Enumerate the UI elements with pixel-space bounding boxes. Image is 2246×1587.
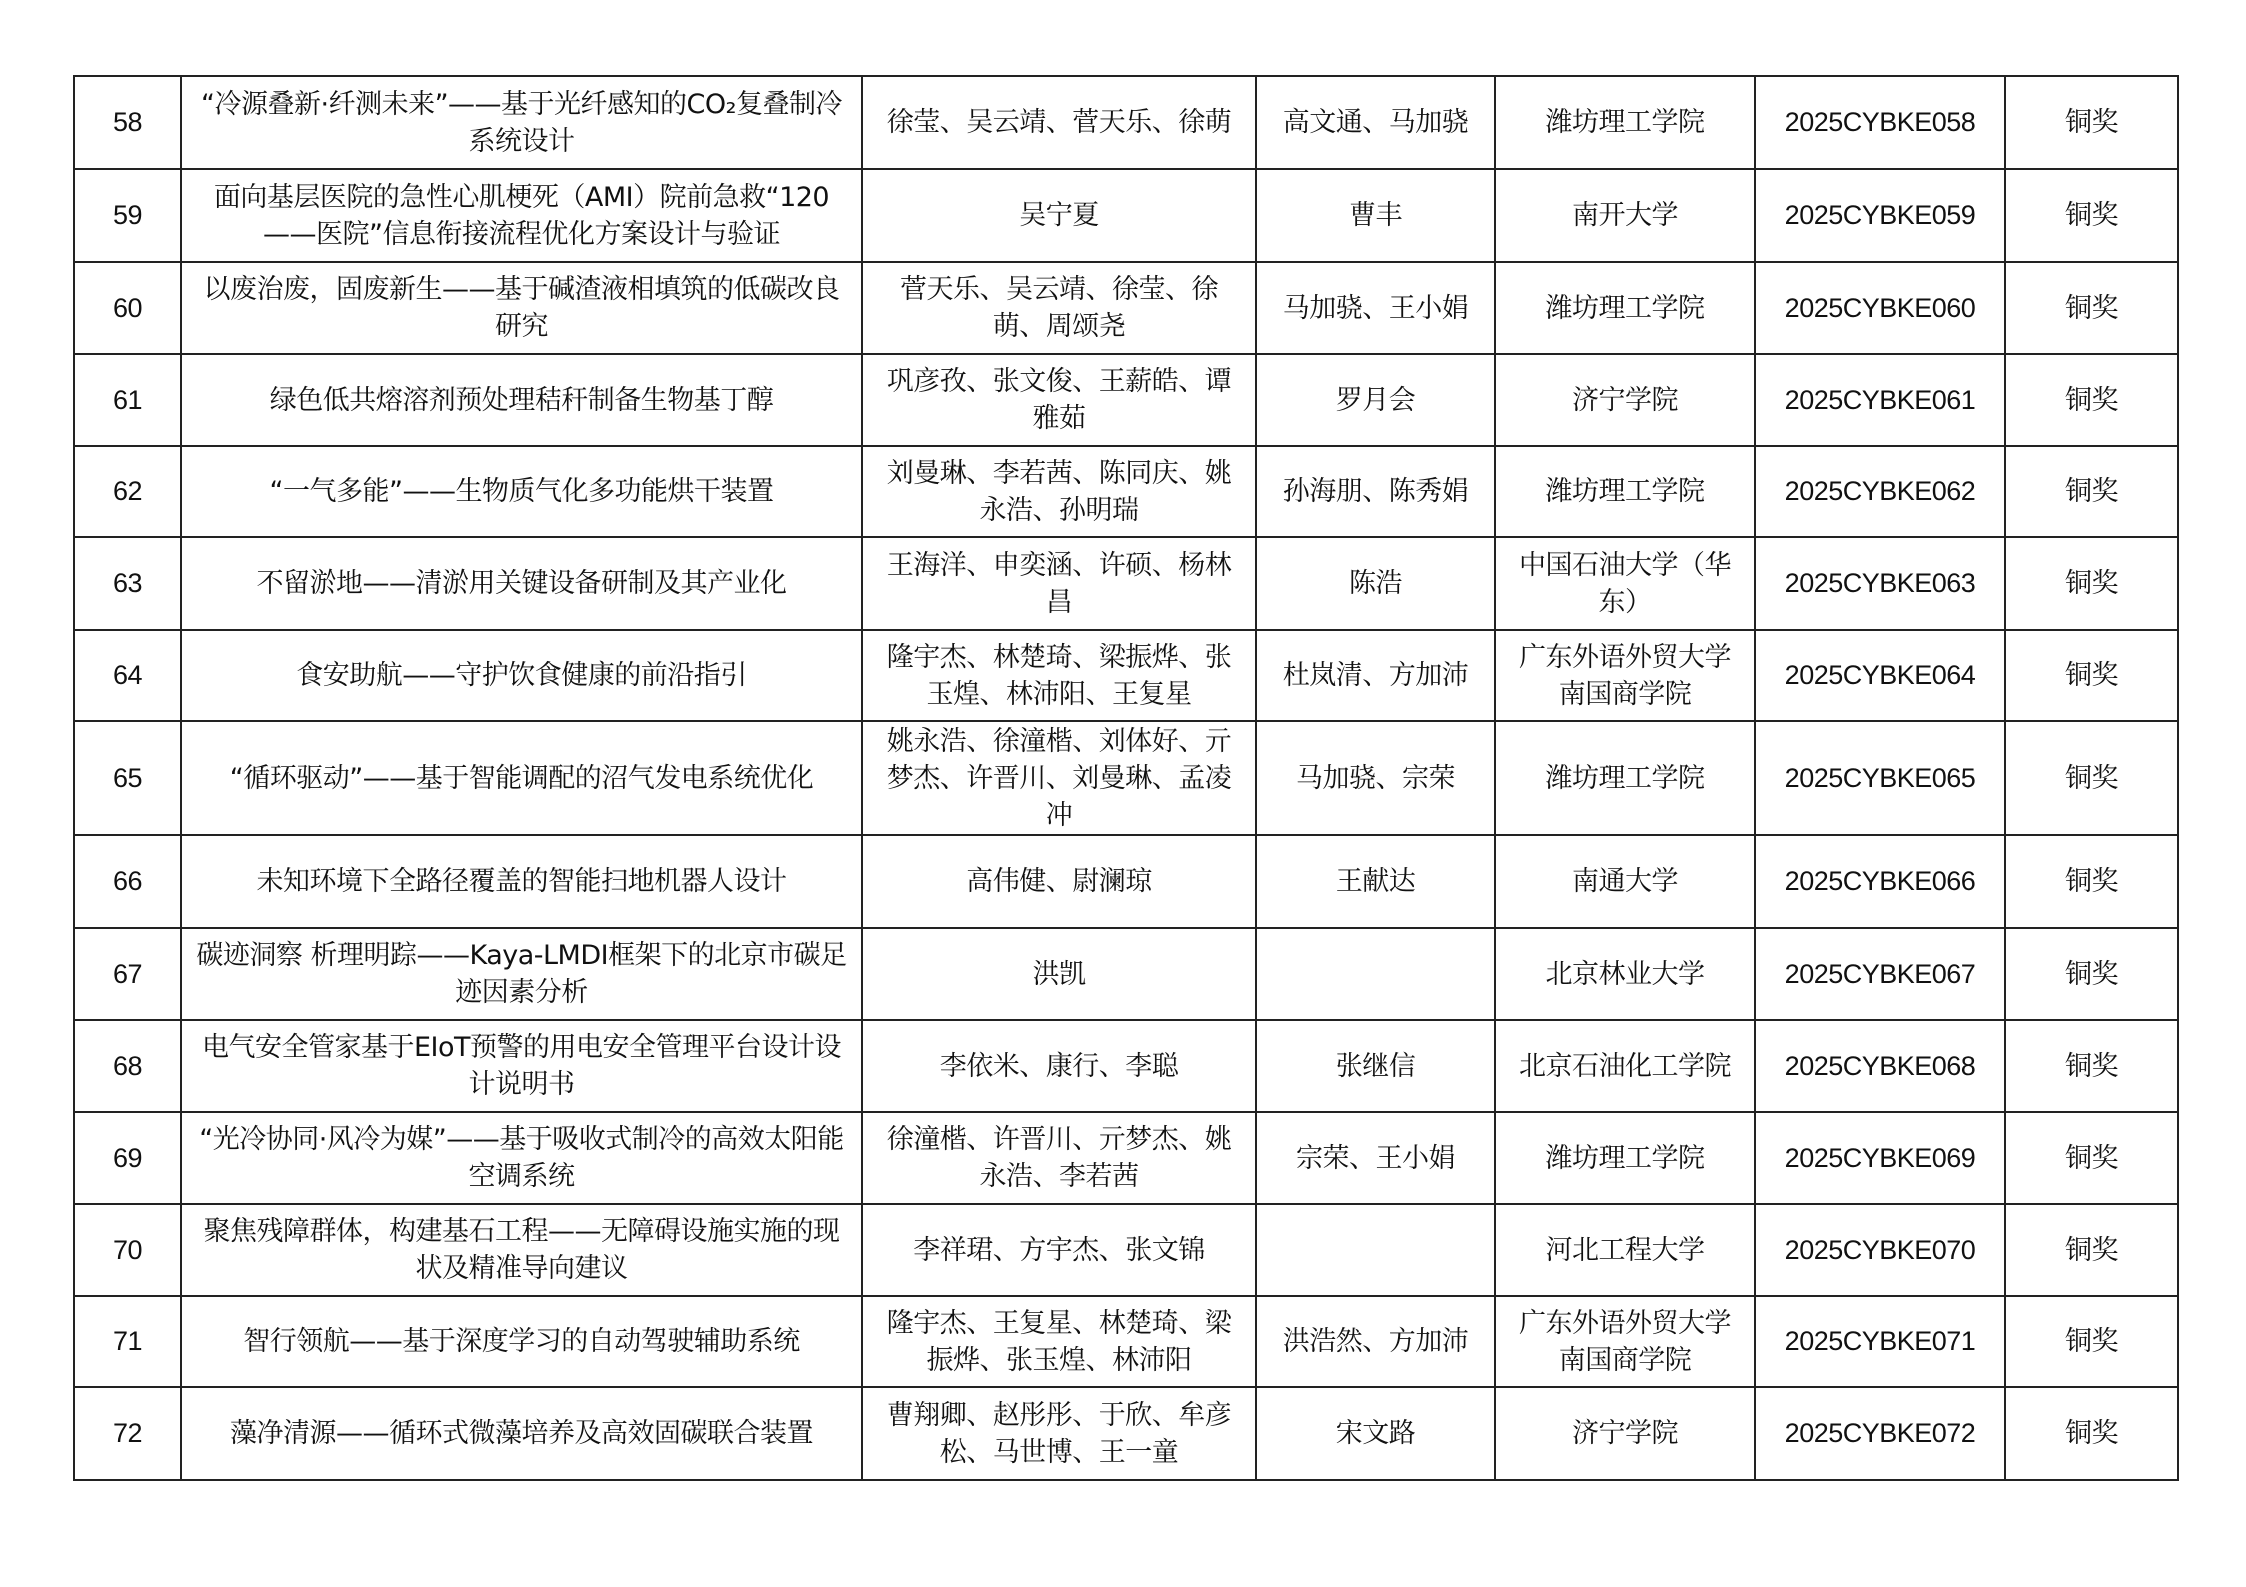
award-level: 铜奖: [2005, 1204, 2178, 1296]
project-title: 智行领航——基于深度学习的自动驾驶辅助系统: [181, 1296, 862, 1387]
team-members: 洪凯: [862, 928, 1256, 1020]
award-level: 铜奖: [2005, 1112, 2178, 1204]
school: 中国石油大学（华东）: [1495, 537, 1755, 630]
table-row: 65 “循环驱动”——基于智能调配的沼气发电系统优化 姚永浩、徐潼楷、刘体好、亓…: [74, 721, 2178, 835]
row-number: 69: [74, 1112, 181, 1204]
school: 南通大学: [1495, 835, 1755, 928]
award-level: 铜奖: [2005, 928, 2178, 1020]
award-level: 铜奖: [2005, 1020, 2178, 1112]
project-title: 食安助航——守护饮食健康的前沿指引: [181, 630, 862, 721]
advisors: 宗荣、王小娟: [1256, 1112, 1495, 1204]
row-number: 71: [74, 1296, 181, 1387]
row-number: 63: [74, 537, 181, 630]
project-code: 2025CYBKE068: [1755, 1020, 2005, 1112]
school: 潍坊理工学院: [1495, 446, 1755, 537]
project-code: 2025CYBKE069: [1755, 1112, 2005, 1204]
school: 潍坊理工学院: [1495, 262, 1755, 354]
project-code: 2025CYBKE066: [1755, 835, 2005, 928]
project-title: 碳迹洞察 析理明踪——Kaya-LMDI框架下的北京市碳足迹因素分析: [181, 928, 862, 1020]
table-row: 59 面向基层医院的急性心肌梗死（AMI）院前急救“120——医院”信息衔接流程…: [74, 169, 2178, 262]
award-level: 铜奖: [2005, 721, 2178, 835]
row-number: 59: [74, 169, 181, 262]
team-members: 吴宁夏: [862, 169, 1256, 262]
project-code: 2025CYBKE064: [1755, 630, 2005, 721]
row-number: 72: [74, 1387, 181, 1480]
team-members: 徐潼楷、许晋川、亓梦杰、姚永浩、李若茜: [862, 1112, 1256, 1204]
project-title: “一气多能”——生物质气化多功能烘干装置: [181, 446, 862, 537]
advisors: 陈浩: [1256, 537, 1495, 630]
advisors: 杜岚清、方加沛: [1256, 630, 1495, 721]
table-row: 67 碳迹洞察 析理明踪——Kaya-LMDI框架下的北京市碳足迹因素分析 洪凯…: [74, 928, 2178, 1020]
table-row: 71 智行领航——基于深度学习的自动驾驶辅助系统 隆宇杰、王复星、林楚琦、梁振烨…: [74, 1296, 2178, 1387]
project-title: “冷源叠新·纤测未来”——基于光纤感知的CO₂复叠制冷系统设计: [181, 76, 862, 169]
table-row: 68 电气安全管家基于EIoT预警的用电安全管理平台设计设计说明书 李依米、康行…: [74, 1020, 2178, 1112]
school: 北京石油化工学院: [1495, 1020, 1755, 1112]
project-title: 藻净清源——循环式微藻培养及高效固碳联合装置: [181, 1387, 862, 1480]
award-level: 铜奖: [2005, 76, 2178, 169]
project-title: 绿色低共熔溶剂预处理秸秆制备生物基丁醇: [181, 354, 862, 446]
award-level: 铜奖: [2005, 1296, 2178, 1387]
table-row: 61 绿色低共熔溶剂预处理秸秆制备生物基丁醇 巩彦孜、张文俊、王薪皓、谭雅茹 罗…: [74, 354, 2178, 446]
project-code: 2025CYBKE071: [1755, 1296, 2005, 1387]
project-code: 2025CYBKE067: [1755, 928, 2005, 1020]
school: 北京林业大学: [1495, 928, 1755, 1020]
school: 潍坊理工学院: [1495, 1112, 1755, 1204]
project-code: 2025CYBKE063: [1755, 537, 2005, 630]
school: 广东外语外贸大学南国商学院: [1495, 630, 1755, 721]
advisors: 高文通、马加骁: [1256, 76, 1495, 169]
team-members: 菅天乐、吴云靖、徐莹、徐萌、周颂尧: [862, 262, 1256, 354]
team-members: 李依米、康行、李聪: [862, 1020, 1256, 1112]
award-level: 铜奖: [2005, 169, 2178, 262]
row-number: 64: [74, 630, 181, 721]
row-number: 65: [74, 721, 181, 835]
school: 南开大学: [1495, 169, 1755, 262]
project-title: 未知环境下全路径覆盖的智能扫地机器人设计: [181, 835, 862, 928]
project-code: 2025CYBKE059: [1755, 169, 2005, 262]
advisors: 曹丰: [1256, 169, 1495, 262]
award-level: 铜奖: [2005, 354, 2178, 446]
school: 潍坊理工学院: [1495, 76, 1755, 169]
school: 广东外语外贸大学南国商学院: [1495, 1296, 1755, 1387]
team-members: 刘曼琳、李若茜、陈同庆、姚永浩、孙明瑞: [862, 446, 1256, 537]
team-members: 王海洋、申奕涵、许硕、杨林昌: [862, 537, 1256, 630]
team-members: 姚永浩、徐潼楷、刘体好、亓梦杰、许晋川、刘曼琳、孟凌冲: [862, 721, 1256, 835]
row-number: 62: [74, 446, 181, 537]
team-members: 隆宇杰、王复星、林楚琦、梁振烨、张玉煌、林沛阳: [862, 1296, 1256, 1387]
award-level: 铜奖: [2005, 1387, 2178, 1480]
project-code: 2025CYBKE060: [1755, 262, 2005, 354]
advisors: [1256, 928, 1495, 1020]
team-members: 徐莹、吴云靖、菅天乐、徐萌: [862, 76, 1256, 169]
advisors: 马加骁、宗荣: [1256, 721, 1495, 835]
row-number: 58: [74, 76, 181, 169]
team-members: 曹翔卿、赵彤彤、于欣、牟彦松、马世博、王一童: [862, 1387, 1256, 1480]
advisors: 宋文路: [1256, 1387, 1495, 1480]
project-title: 不留淤地——清淤用关键设备研制及其产业化: [181, 537, 862, 630]
table-row: 58 “冷源叠新·纤测未来”——基于光纤感知的CO₂复叠制冷系统设计 徐莹、吴云…: [74, 76, 2178, 169]
table-row: 69 “光冷协同·风冷为媒”——基于吸收式制冷的高效太阳能空调系统 徐潼楷、许晋…: [74, 1112, 2178, 1204]
team-members: 巩彦孜、张文俊、王薪皓、谭雅茹: [862, 354, 1256, 446]
table-row: 60 以废治废，固废新生——基于碱渣液相填筑的低碳改良研究 菅天乐、吴云靖、徐莹…: [74, 262, 2178, 354]
advisors: 孙海朋、陈秀娟: [1256, 446, 1495, 537]
project-title: 以废治废，固废新生——基于碱渣液相填筑的低碳改良研究: [181, 262, 862, 354]
project-code: 2025CYBKE072: [1755, 1387, 2005, 1480]
table-row: 64 食安助航——守护饮食健康的前沿指引 隆宇杰、林楚琦、梁振烨、张玉煌、林沛阳…: [74, 630, 2178, 721]
table-row: 72 藻净清源——循环式微藻培养及高效固碳联合装置 曹翔卿、赵彤彤、于欣、牟彦松…: [74, 1387, 2178, 1480]
project-code: 2025CYBKE065: [1755, 721, 2005, 835]
row-number: 67: [74, 928, 181, 1020]
row-number: 61: [74, 354, 181, 446]
advisors: 马加骁、王小娟: [1256, 262, 1495, 354]
advisors: 罗月会: [1256, 354, 1495, 446]
award-level: 铜奖: [2005, 446, 2178, 537]
project-title: “循环驱动”——基于智能调配的沼气发电系统优化: [181, 721, 862, 835]
school: 济宁学院: [1495, 354, 1755, 446]
table-row: 63 不留淤地——清淤用关键设备研制及其产业化 王海洋、申奕涵、许硕、杨林昌 陈…: [74, 537, 2178, 630]
team-members: 李祥珺、方宇杰、张文锦: [862, 1204, 1256, 1296]
award-level: 铜奖: [2005, 630, 2178, 721]
row-number: 68: [74, 1020, 181, 1112]
school: 潍坊理工学院: [1495, 721, 1755, 835]
project-title: 面向基层医院的急性心肌梗死（AMI）院前急救“120——医院”信息衔接流程优化方…: [181, 169, 862, 262]
project-code: 2025CYBKE061: [1755, 354, 2005, 446]
school: 济宁学院: [1495, 1387, 1755, 1480]
row-number: 70: [74, 1204, 181, 1296]
award-level: 铜奖: [2005, 835, 2178, 928]
team-members: 隆宇杰、林楚琦、梁振烨、张玉煌、林沛阳、王复星: [862, 630, 1256, 721]
row-number: 66: [74, 835, 181, 928]
project-code: 2025CYBKE058: [1755, 76, 2005, 169]
award-level: 铜奖: [2005, 537, 2178, 630]
team-members: 高伟健、尉澜琼: [862, 835, 1256, 928]
advisors: [1256, 1204, 1495, 1296]
award-level: 铜奖: [2005, 262, 2178, 354]
row-number: 60: [74, 262, 181, 354]
table-row: 70 聚焦残障群体，构建基石工程——无障碍设施实施的现状及精准导向建议 李祥珺、…: [74, 1204, 2178, 1296]
award-list-table: 58 “冷源叠新·纤测未来”——基于光纤感知的CO₂复叠制冷系统设计 徐莹、吴云…: [73, 75, 2179, 1481]
project-code: 2025CYBKE062: [1755, 446, 2005, 537]
advisors: 张继信: [1256, 1020, 1495, 1112]
advisors: 王献达: [1256, 835, 1495, 928]
advisors: 洪浩然、方加沛: [1256, 1296, 1495, 1387]
table-row: 66 未知环境下全路径覆盖的智能扫地机器人设计 高伟健、尉澜琼 王献达 南通大学…: [74, 835, 2178, 928]
project-title: 聚焦残障群体，构建基石工程——无障碍设施实施的现状及精准导向建议: [181, 1204, 862, 1296]
table-row: 62 “一气多能”——生物质气化多功能烘干装置 刘曼琳、李若茜、陈同庆、姚永浩、…: [74, 446, 2178, 537]
project-code: 2025CYBKE070: [1755, 1204, 2005, 1296]
project-title: 电气安全管家基于EIoT预警的用电安全管理平台设计设计说明书: [181, 1020, 862, 1112]
school: 河北工程大学: [1495, 1204, 1755, 1296]
project-title: “光冷协同·风冷为媒”——基于吸收式制冷的高效太阳能空调系统: [181, 1112, 862, 1204]
